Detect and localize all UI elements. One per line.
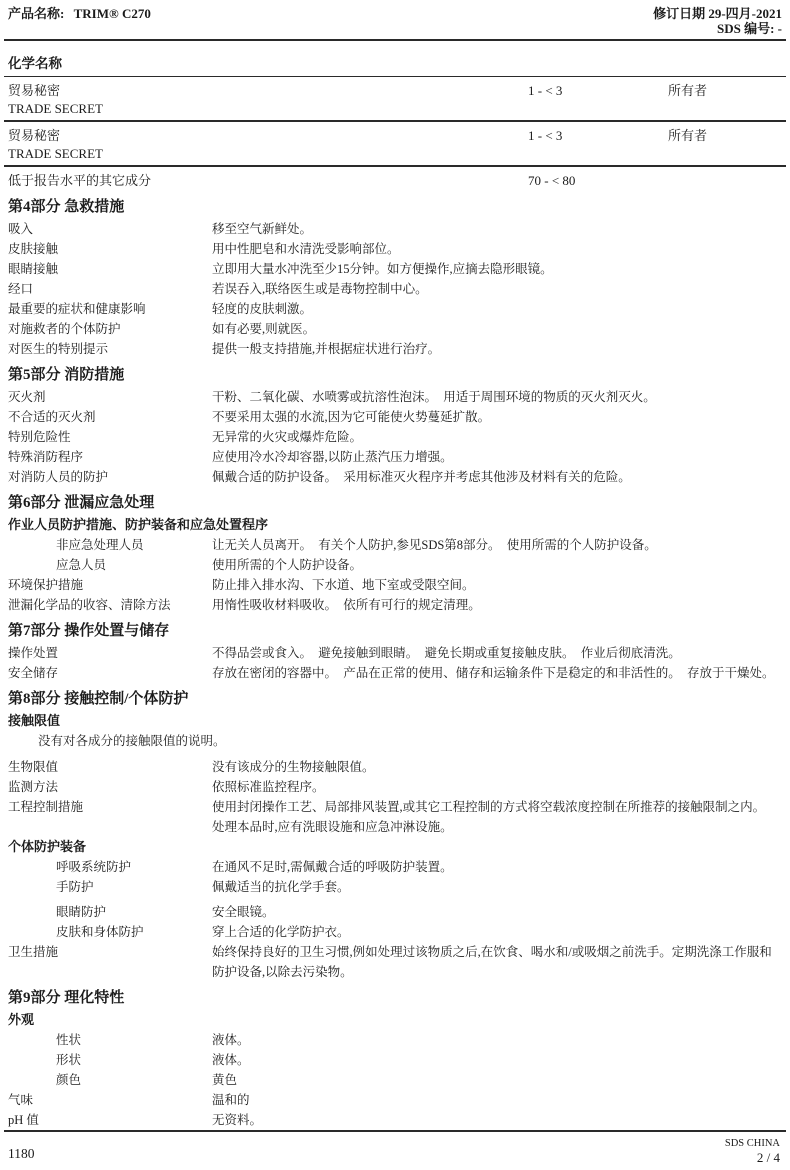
ingredient-name-en: TRADE SECRET (8, 145, 528, 162)
field-value: 液体。 (212, 1030, 782, 1050)
ingredient-range: 1 - < 3 (528, 127, 668, 144)
ingredient-name-cell: 贸易秘密 TRADE SECRET (8, 127, 528, 162)
sds-section: 第5部分 消防措施灭火剂干粉、二氧化碳、水喷雾或抗溶性泡沫。 用适于周围环境的物… (0, 366, 790, 487)
field-label: 特殊消防程序 (8, 447, 212, 467)
field-row: 手防护佩戴适当的抗化学手套。 (0, 877, 790, 897)
field-row: 气味温和的 (0, 1090, 790, 1110)
field-row: 泄漏化学品的收容、清除方法用惰性吸收材料吸收。 依所有可行的规定清理。 (0, 595, 790, 615)
field-value: 佩戴适当的抗化学手套。 (212, 877, 782, 897)
field-label: 皮肤接触 (8, 239, 212, 259)
revision-date: 修订日期 29-四月-2021 (653, 6, 782, 21)
field-row: 不合适的灭火剂不要采用太强的水流,因为它可能使火势蔓延扩散。 (0, 407, 790, 427)
page-footer: 1180 SDS CHINA 2 / 4 (0, 1130, 790, 1165)
ingredient-name-zh: 贸易秘密 (8, 127, 528, 144)
ingredient-name-cell: 贸易秘密 TRADE SECRET (8, 82, 528, 117)
section-title: 第8部分 接触控制/个体防护 (8, 690, 782, 708)
field-value: 提供一般支持措施,并根据症状进行治疗。 (212, 339, 782, 359)
field-label: 生物限值 (8, 757, 212, 777)
field-label: 气味 (8, 1090, 212, 1110)
ingredient-range: 1 - < 3 (528, 82, 668, 99)
composition-table: 化学名称 贸易秘密 TRADE SECRET 1 - < 3 所有者 贸易秘密 … (0, 41, 790, 191)
product-name-line: 产品名称: TRIM® C270 (8, 6, 157, 21)
field-label: 颜色 (8, 1070, 212, 1090)
field-row: pH 值无资料。 (0, 1110, 790, 1130)
field-label: 不合适的灭火剂 (8, 407, 212, 427)
field-value: 黄色 (212, 1070, 782, 1090)
field-row: 颜色黄色 (0, 1070, 790, 1090)
section-title: 第5部分 消防措施 (8, 366, 782, 384)
field-value: 应使用冷水冷却容器,以防止蒸汽压力增强。 (212, 447, 782, 467)
field-label: 安全储存 (8, 663, 212, 683)
field-label: 经口 (8, 279, 212, 299)
field-value: 在通风不足时,需佩戴合适的呼吸防护装置。 (212, 857, 782, 877)
field-row: 性状液体。 (0, 1030, 790, 1050)
field-value: 安全眼镜。 (212, 902, 782, 922)
field-value: 轻度的皮肤刺激。 (212, 299, 782, 319)
field-value: 佩戴合适的防护设备。 采用标准灭火程序并考虑其他涉及材料有关的危险。 (212, 467, 782, 487)
field-value: 用惰性吸收材料吸收。 依所有可行的规定清理。 (212, 595, 782, 615)
field-value: 没有该成分的生物接触限值。 (212, 757, 782, 777)
field-label: 灭火剂 (8, 387, 212, 407)
field-row: 安全储存存放在密闭的容器中。 产品在正常的使用、储存和运输条件下是稳定的和非活性… (0, 663, 790, 683)
field-row: 监测方法依照标准监控程序。 (0, 777, 790, 797)
field-value: 不得品尝或食入。 避免接触到眼睛。 避免长期或重复接触皮肤。 作业后彻底清洗。 (212, 643, 782, 663)
field-row: 环境保护措施防止排入排水沟、下水道、地下室或受限空间。 (0, 575, 790, 595)
field-row: 皮肤接触用中性肥皂和水清洗受影响部位。 (0, 239, 790, 259)
field-value: 依照标准监控程序。 (212, 777, 782, 797)
field-row: 吸入移至空气新鲜处。 (0, 219, 790, 239)
field-row: 非应急处理人员让无关人员离开。 有关个人防护,参见SDS第8部分。 使用所需的个… (0, 535, 790, 555)
field-value: 干粉、二氧化碳、水喷雾或抗溶性泡沫。 用适于周围环境的物质的灭火剂灭火。 (212, 387, 782, 407)
field-value: 使用封闭操作工艺、局部排风装置,或其它工程控制的方式将空载浓度控制在所推荐的接触… (212, 797, 782, 837)
field-row: 对施救者的个体防护如有必要,则就医。 (0, 319, 790, 339)
field-value: 穿上合适的化学防护衣。 (212, 922, 782, 942)
field-label: 眼睛防护 (8, 902, 212, 922)
table-row: 低于报告水平的其它成分 70 - < 80 (0, 167, 790, 191)
other-components-label: 低于报告水平的其它成分 (8, 172, 528, 189)
field-value: 若误吞入,联络医生或是毒物控制中心。 (212, 279, 782, 299)
sds-document-page: 产品名称: TRIM® C270 修订日期 29-四月-2021 SDS 编号:… (0, 0, 790, 1170)
sds-section: 第6部分 泄漏应急处理作业人员防护措施、防护装备和应急处置程序非应急处理人员让无… (0, 494, 790, 615)
document-number: 1180 (8, 1146, 35, 1165)
field-label: 对消防人员的防护 (8, 467, 212, 487)
field-label: 吸入 (8, 219, 212, 239)
field-label: 泄漏化学品的收容、清除方法 (8, 595, 212, 615)
field-row: 经口若误吞入,联络医生或是毒物控制中心。 (0, 279, 790, 299)
table-row: 贸易秘密 TRADE SECRET 1 - < 3 所有者 (0, 77, 790, 120)
field-label: 工程控制措施 (8, 797, 212, 837)
field-label: 非应急处理人员 (8, 535, 212, 555)
field-row: 对消防人员的防护佩戴合适的防护设备。 采用标准灭火程序并考虑其他涉及材料有关的危… (0, 467, 790, 487)
field-value: 始终保持良好的卫生习惯,例如处理过该物质之后,在饮食、喝水和/或吸烟之前洗手。定… (212, 942, 782, 982)
field-value: 不要采用太强的水流,因为它可能使火势蔓延扩散。 (212, 407, 782, 427)
section-title: 第6部分 泄漏应急处理 (8, 494, 782, 512)
composition-column-header: 化学名称 (0, 41, 790, 76)
field-label: 特别危险性 (8, 427, 212, 447)
sds-section: 第8部分 接触控制/个体防护接触限值没有对各成分的接触限值的说明。生物限值没有该… (0, 690, 790, 982)
field-value: 无资料。 (212, 1110, 782, 1130)
field-value: 让无关人员离开。 有关个人防护,参见SDS第8部分。 使用所需的个人防护设备。 (212, 535, 782, 555)
field-value: 如有必要,则就医。 (212, 319, 782, 339)
field-row: 眼睛防护安全眼镜。 (0, 902, 790, 922)
sds-section: 第7部分 操作处置与储存操作处置不得品尝或食入。 避免接触到眼睛。 避免长期或重… (0, 622, 790, 683)
page-header: 产品名称: TRIM® C270 修订日期 29-四月-2021 (0, 0, 790, 21)
field-row: 皮肤和身体防护穿上合适的化学防护衣。 (0, 922, 790, 942)
section-subheading: 个体防护装备 (0, 837, 790, 857)
table-row: 贸易秘密 TRADE SECRET 1 - < 3 所有者 (0, 122, 790, 165)
section-subheading: 作业人员防护措施、防护装备和应急处置程序 (0, 515, 790, 535)
field-label: 卫生措施 (8, 942, 212, 982)
field-row: 灭火剂干粉、二氧化碳、水喷雾或抗溶性泡沫。 用适于周围环境的物质的灭火剂灭火。 (0, 387, 790, 407)
field-row: 生物限值没有该成分的生物接触限值。 (0, 757, 790, 777)
field-row: 眼睛接触立即用大量水冲洗至少15分钟。如方便操作,应摘去隐形眼镜。 (0, 259, 790, 279)
field-row: 卫生措施始终保持良好的卫生习惯,例如处理过该物质之后,在饮食、喝水和/或吸烟之前… (0, 942, 790, 982)
field-label: 操作处置 (8, 643, 212, 663)
sds-section: 第9部分 理化特性外观性状液体。形状液体。颜色黄色气味温和的pH 值无资料。 (0, 989, 790, 1130)
field-value: 液体。 (212, 1050, 782, 1070)
field-row: 呼吸系统防护在通风不足时,需佩戴合适的呼吸防护装置。 (0, 857, 790, 877)
field-row: 应急人员使用所需的个人防护设备。 (0, 555, 790, 575)
field-value: 存放在密闭的容器中。 产品在正常的使用、储存和运输条件下是稳定的和非活性的。 存… (212, 663, 782, 683)
field-value: 移至空气新鲜处。 (212, 219, 782, 239)
field-label: 对医生的特别提示 (8, 339, 212, 359)
field-label: 性状 (8, 1030, 212, 1050)
field-label: 应急人员 (8, 555, 212, 575)
section-title: 第7部分 操作处置与储存 (8, 622, 782, 640)
section-title: 第9部分 理化特性 (8, 989, 782, 1007)
field-row: 工程控制措施使用封闭操作工艺、局部排风装置,或其它工程控制的方式将空载浓度控制在… (0, 797, 790, 837)
field-value: 防止排入排水沟、下水道、地下室或受限空间。 (212, 575, 782, 595)
field-label: 对施救者的个体防护 (8, 319, 212, 339)
field-row: 特殊消防程序应使用冷水冷却容器,以防止蒸汽压力增强。 (0, 447, 790, 467)
field-value: 使用所需的个人防护设备。 (212, 555, 782, 575)
field-label: 眼睛接触 (8, 259, 212, 279)
product-name-label: 产品名称: (8, 6, 64, 21)
footer-right: SDS CHINA 2 / 4 (725, 1134, 780, 1165)
field-label: 皮肤和身体防护 (8, 922, 212, 942)
field-row: 特别危险性无异常的火灾或爆炸危险。 (0, 427, 790, 447)
section-subheading: 外观 (0, 1010, 790, 1030)
field-value: 用中性肥皂和水清洗受影响部位。 (212, 239, 782, 259)
ingredient-owner: 所有者 (668, 127, 782, 144)
footer-region: SDS CHINA (725, 1137, 780, 1150)
sds-section: 第4部分 急救措施吸入移至空气新鲜处。皮肤接触用中性肥皂和水清洗受影响部位。眼睛… (0, 198, 790, 359)
field-label: 手防护 (8, 877, 212, 897)
field-label: 形状 (8, 1050, 212, 1070)
field-label: pH 值 (8, 1110, 212, 1130)
field-value: 立即用大量水冲洗至少15分钟。如方便操作,应摘去隐形眼镜。 (212, 259, 782, 279)
field-row: 对医生的特别提示提供一般支持措施,并根据症状进行治疗。 (0, 339, 790, 359)
field-label: 监测方法 (8, 777, 212, 797)
ingredient-name-zh: 贸易秘密 (8, 82, 528, 99)
sections-container: 第4部分 急救措施吸入移至空气新鲜处。皮肤接触用中性肥皂和水清洗受影响部位。眼睛… (0, 198, 790, 1130)
product-name-value: TRIM® C270 (74, 6, 151, 21)
field-row: 形状液体。 (0, 1050, 790, 1070)
field-value: 无异常的火灾或爆炸危险。 (212, 427, 782, 447)
field-label: 呼吸系统防护 (8, 857, 212, 877)
other-components-range: 70 - < 80 (528, 172, 668, 189)
section-title: 第4部分 急救措施 (8, 198, 782, 216)
section-subheading: 接触限值 (0, 711, 790, 731)
sds-number: SDS 编号: - (0, 21, 790, 39)
field-label: 环境保护措施 (8, 575, 212, 595)
field-row: 最重要的症状和健康影响轻度的皮肤刺激。 (0, 299, 790, 319)
field-value: 温和的 (212, 1090, 782, 1110)
note-text: 没有对各成分的接触限值的说明。 (0, 731, 790, 751)
ingredient-name-en: TRADE SECRET (8, 100, 528, 117)
ingredient-owner: 所有者 (668, 82, 782, 99)
field-row: 操作处置不得品尝或食入。 避免接触到眼睛。 避免长期或重复接触皮肤。 作业后彻底… (0, 643, 790, 663)
page-number: 2 / 4 (725, 1150, 780, 1165)
field-label: 最重要的症状和健康影响 (8, 299, 212, 319)
